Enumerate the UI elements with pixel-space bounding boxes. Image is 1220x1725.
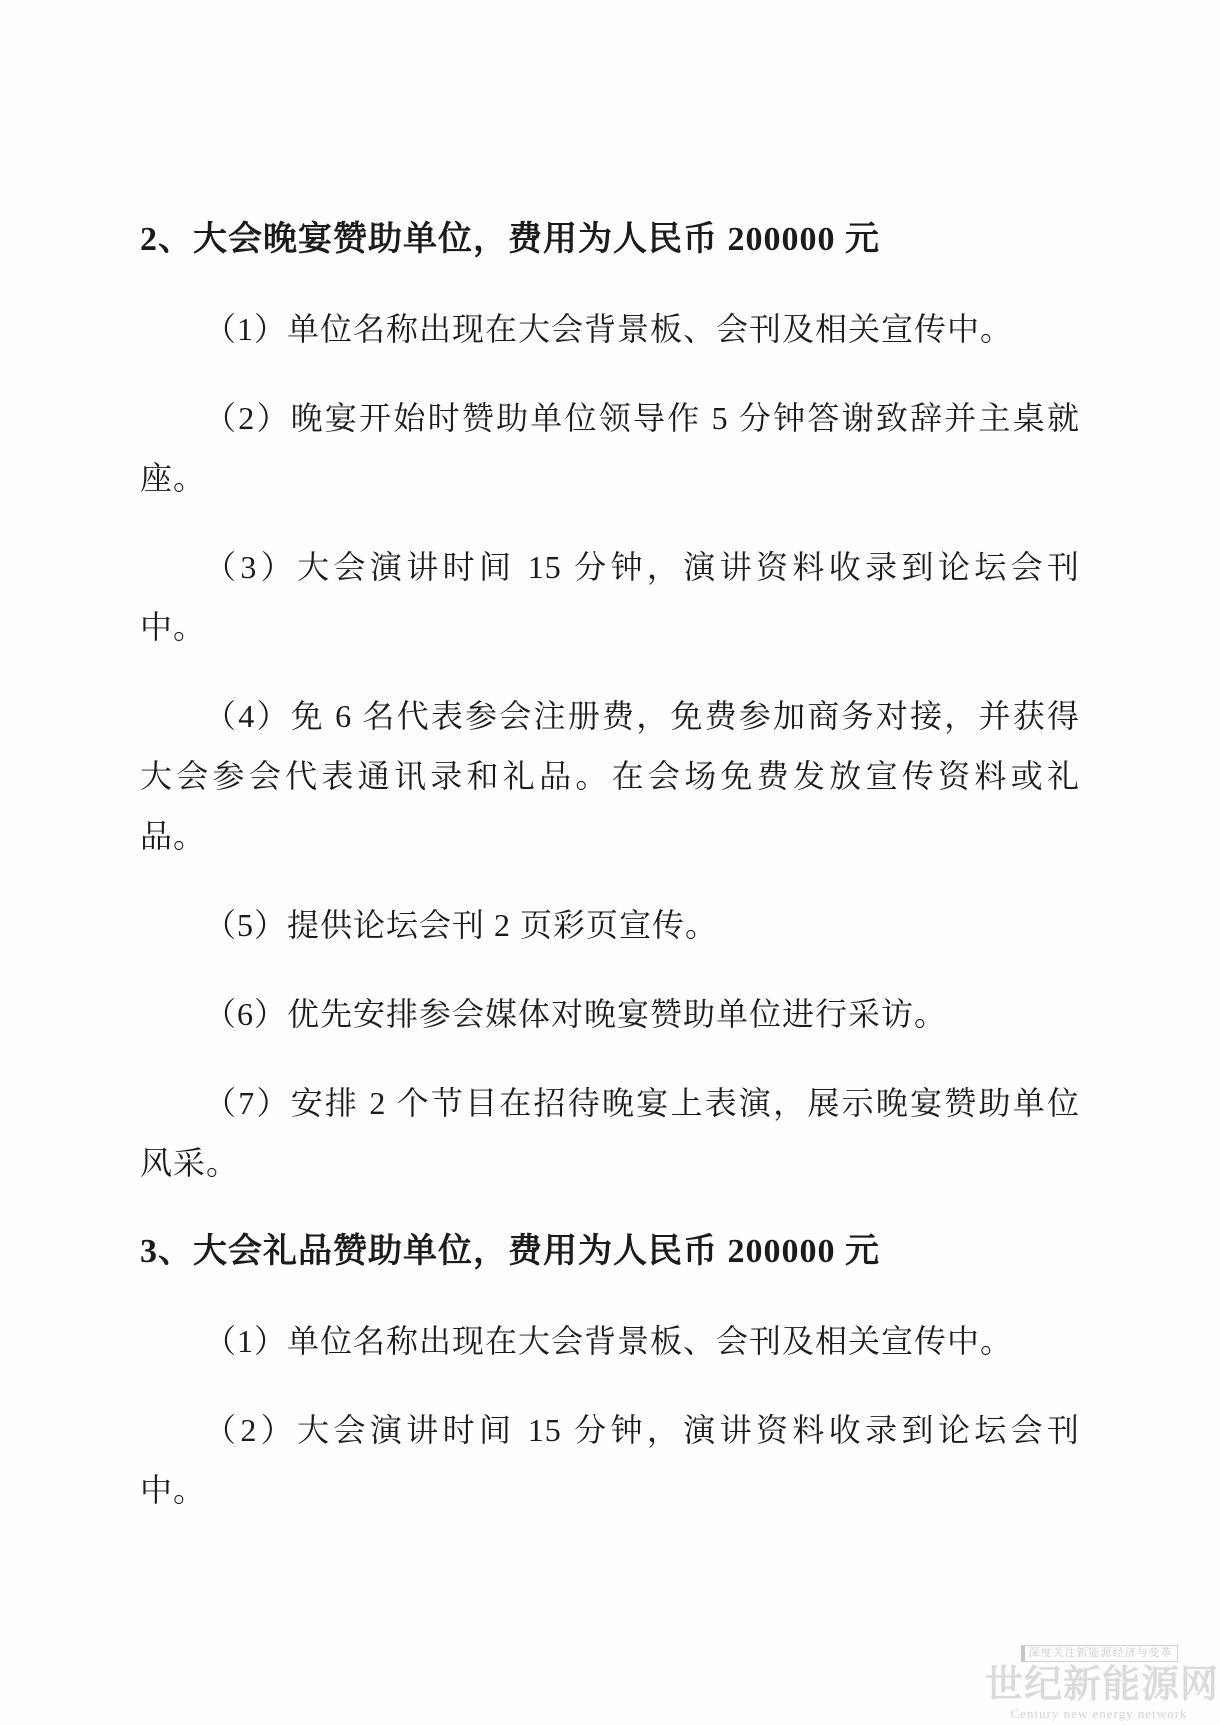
section-heading-gift-sponsor: 3、大会礼品赞助单位，费用为人民币 200000 元 [140,1222,1080,1282]
text-line: （5）提供论坛会刊 2 页彩页宣传。 [140,895,1080,955]
watermark-title: 世纪新能源网 [985,1664,1213,1706]
text-line: （2）大会演讲时间 15 分钟，演讲资料收录到论坛会刊 [140,1400,1080,1460]
watermark-tagline: 深度关注新能源经济与变革 [1021,1645,1178,1662]
clause-2-7: （7）安排 2 个节目在招待晚宴上表演，展示晚宴赞助单位 风采。 [140,1073,1080,1193]
text-line: （2）晚宴开始时赞助单位领导作 5 分钟答谢致辞并主桌就 [140,388,1080,448]
text-line: （3）大会演讲时间 15 分钟，演讲资料收录到论坛会刊 [140,537,1080,597]
watermark-subtitle: Century new energy network [985,1706,1213,1721]
clause-3-2: （2）大会演讲时间 15 分钟，演讲资料收录到论坛会刊 中。 [140,1400,1080,1520]
text-line: 座。 [140,448,1080,508]
section-heading-dinner-sponsor: 2、大会晚宴赞助单位，费用为人民币 200000 元 [140,210,1080,270]
text-line: （4）免 6 名代表参会注册费，免费参加商务对接，并获得 [140,686,1080,746]
text-line: （1）单位名称出现在大会背景板、会刊及相关宣传中。 [140,299,1080,359]
text-line: （7）安排 2 个节目在招待晚宴上表演，展示晚宴赞助单位 [140,1073,1080,1133]
text-line: 中。 [140,597,1080,657]
document-page: 2、大会晚宴赞助单位，费用为人民币 200000 元 （1）单位名称出现在大会背… [0,0,1220,1725]
text-line: （6）优先安排参会媒体对晚宴赞助单位进行采访。 [140,984,1080,1044]
document-content: 2、大会晚宴赞助单位，费用为人民币 200000 元 （1）单位名称出现在大会背… [140,210,1080,1549]
clause-2-2: （2）晚宴开始时赞助单位领导作 5 分钟答谢致辞并主桌就 座。 [140,388,1080,508]
clause-3-1: （1）单位名称出现在大会背景板、会刊及相关宣传中。 [140,1311,1080,1371]
text-line: 大会参会代表通讯录和礼品。在会场免费发放宣传资料或礼 [140,746,1080,806]
clause-2-6: （6）优先安排参会媒体对晚宴赞助单位进行采访。 [140,984,1080,1044]
clause-2-5: （5）提供论坛会刊 2 页彩页宣传。 [140,895,1080,955]
clause-2-1: （1）单位名称出现在大会背景板、会刊及相关宣传中。 [140,299,1080,359]
clause-2-3: （3）大会演讲时间 15 分钟，演讲资料收录到论坛会刊 中。 [140,537,1080,657]
watermark-logo: 深度关注新能源经济与变革 世纪新能源网 Century new energy n… [985,1643,1213,1721]
text-line: 品。 [140,806,1080,866]
clause-2-4: （4）免 6 名代表参会注册费，免费参加商务对接，并获得 大会参会代表通讯录和礼… [140,686,1080,866]
text-line: 中。 [140,1460,1080,1520]
text-line: （1）单位名称出现在大会背景板、会刊及相关宣传中。 [140,1311,1080,1371]
text-line: 风采。 [140,1133,1080,1193]
